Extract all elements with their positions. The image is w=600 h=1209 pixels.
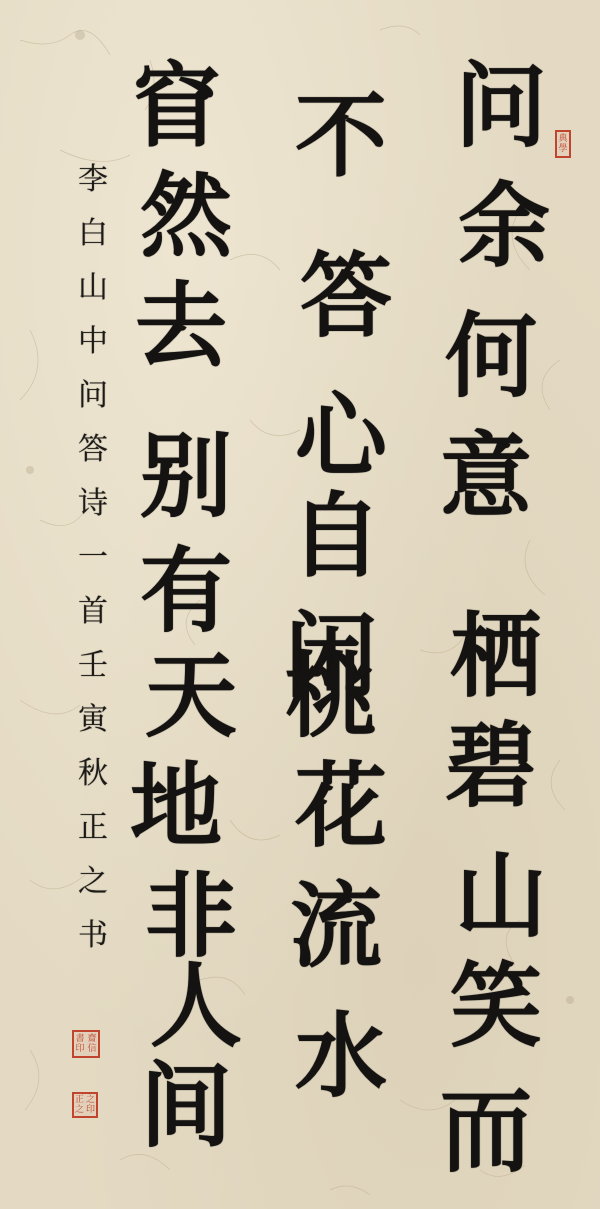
poem-character: 不 <box>295 90 387 182</box>
inscription-character: 一 <box>78 543 114 597</box>
inscription-character: 诗 <box>78 489 114 543</box>
seal-character: 正 <box>74 1095 85 1105</box>
seal-character: 學 <box>557 144 569 154</box>
poem-character: 人 <box>150 960 242 1052</box>
poem-character: 窅 <box>130 60 222 152</box>
poem-character: 非 <box>145 870 237 962</box>
seal-character: 信 <box>86 1044 98 1054</box>
inscription-character: 正 <box>78 813 114 867</box>
poem-character: 地 <box>130 760 222 852</box>
poem-character: 然 <box>140 170 232 262</box>
poem-character: 水 <box>295 1010 387 1102</box>
poem-character: 问 <box>455 60 547 152</box>
inscription-character: 壬 <box>78 651 114 705</box>
inscription-character: 寅 <box>78 705 114 759</box>
poem-character: 自 <box>290 490 382 582</box>
inscription-character: 李 <box>78 165 114 219</box>
poem-character: 花 <box>295 760 387 852</box>
poem-character: 意 <box>440 430 532 522</box>
inscription-character: 之 <box>78 867 114 921</box>
poem-character: 去 <box>135 280 227 372</box>
seal-character: 印 <box>74 1044 86 1054</box>
poem-character: 而 <box>440 1085 532 1177</box>
seal-character: 典 <box>557 134 569 144</box>
inscription-character: 山 <box>78 273 114 327</box>
inscription-character: 中 <box>78 327 114 381</box>
poem-character: 栖 <box>450 610 542 702</box>
style-seal-icon: 正之之印 <box>72 1092 98 1118</box>
inscription-column: 李白山中问答诗一首壬寅秋正之书 <box>78 165 114 975</box>
calligraphy-scroll: 问余何意栖碧山笑而不答心自闲桃花流水窅然去别有天地非人间 李白山中问答诗一首壬寅… <box>0 0 600 1209</box>
poem-character: 桃 <box>285 650 377 742</box>
inscription-character: 白 <box>78 219 114 273</box>
poem-character: 流 <box>290 880 382 972</box>
poem-character: 余 <box>458 180 550 272</box>
inscription-character: 首 <box>78 597 114 651</box>
poem-character: 答 <box>300 250 392 342</box>
seal-character: 之 <box>85 1095 96 1105</box>
poem-character: 碧 <box>445 720 537 812</box>
seal-character: 之 <box>74 1105 85 1115</box>
poem-character: 何 <box>445 310 537 402</box>
inscription-character: 书 <box>78 921 114 975</box>
seal-character: 齋 <box>86 1034 98 1044</box>
poem-character: 有 <box>140 545 232 637</box>
poem-character: 间 <box>140 1060 232 1152</box>
inscription-character: 秋 <box>78 759 114 813</box>
leading-seal-icon: 典學 <box>555 130 571 158</box>
poem-character: 笑 <box>450 960 542 1052</box>
inscription-character: 问 <box>78 381 114 435</box>
inscription-character: 答 <box>78 435 114 489</box>
poem-character: 心 <box>295 390 387 482</box>
name-seal-icon: 書齋印信 <box>72 1030 100 1058</box>
seal-character: 書 <box>74 1034 86 1044</box>
poem-character: 山 <box>455 850 547 942</box>
seal-character: 印 <box>85 1105 96 1115</box>
poem-character: 别 <box>140 430 232 522</box>
poem-character: 天 <box>145 650 237 742</box>
